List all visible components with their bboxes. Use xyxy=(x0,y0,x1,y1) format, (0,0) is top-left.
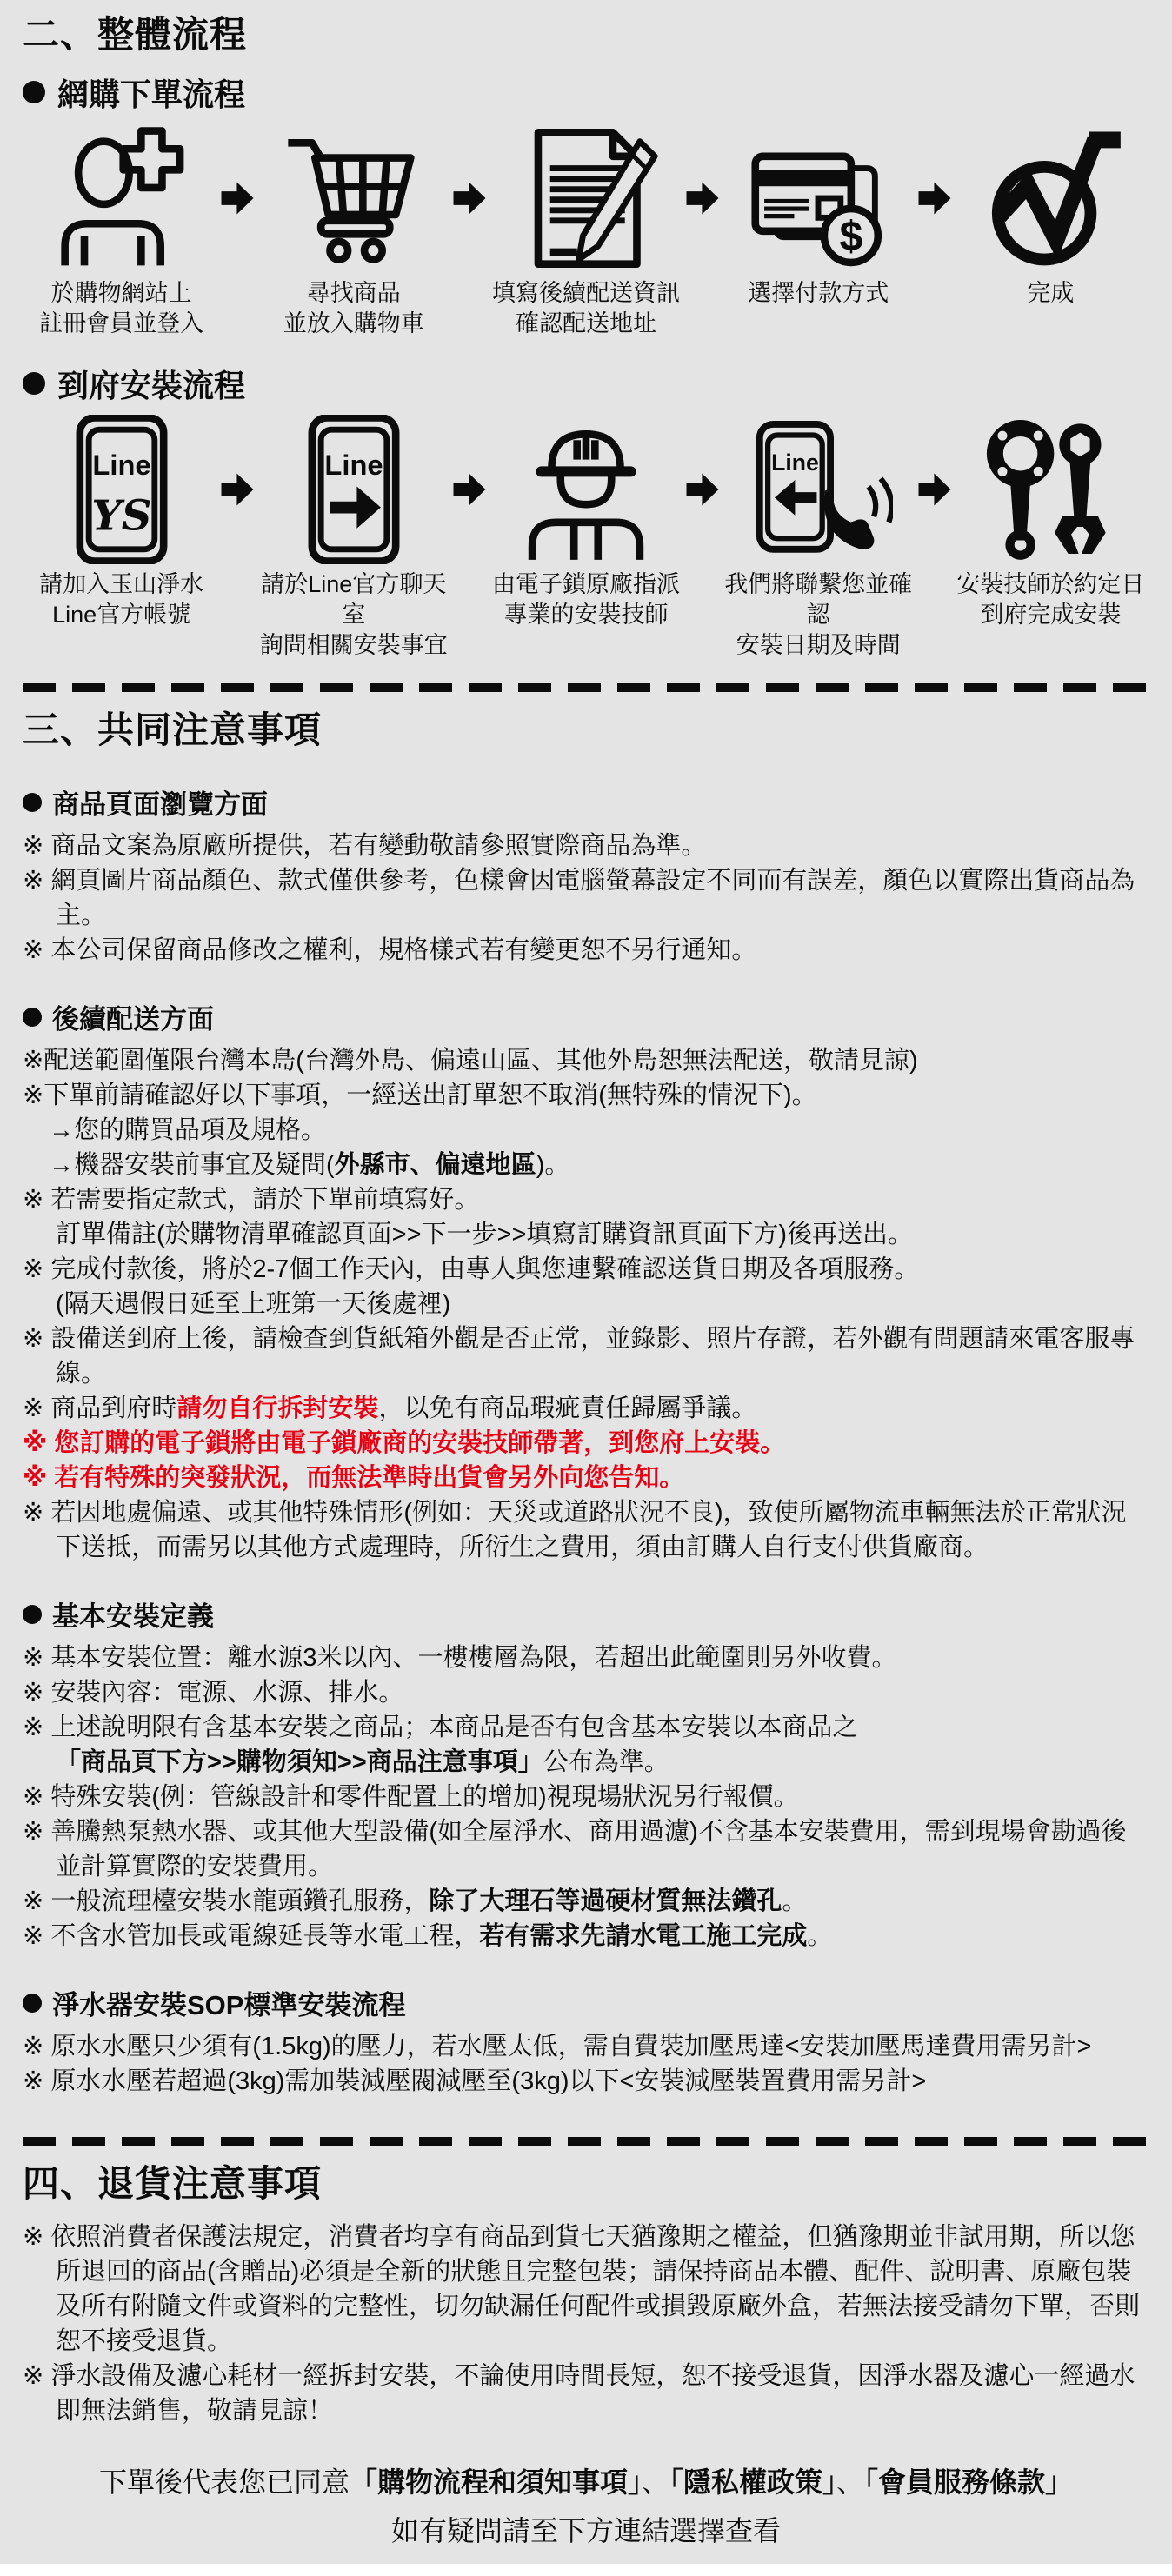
flow-step-label: 由電子鎖原廠指派專業的安裝技師 xyxy=(492,569,680,630)
notice-list: ※ 基本安裝位置：離水源3米以內、一樓樓層為限，若超出此範圍則另外收費。※ 安裝… xyxy=(23,1641,1149,1954)
text-segment: ※ 商品到府時 xyxy=(23,1395,176,1422)
text-segment: ※ 完成付款後，將於2-7個工作天內，由專人與您連繫確認送貨日期及各項服務。 xyxy=(23,1255,919,1283)
notice-line: ※ 淨水設備及濾心耗材一經拆封安裝，不論使用時間長短，恕不接受退貨，因淨水器及濾… xyxy=(23,2359,1149,2428)
text-segment: ※下單前請確認好以下事項，一經送出訂單恕不取消(無特殊的情況下)。 xyxy=(23,1082,817,1109)
notice-line: ※ 安裝內容：電源、水源、排水。 xyxy=(23,1675,1149,1710)
notice-line: ※ 上述說明限有含基本安裝之商品；本商品是否有包含基本安裝以本商品之 xyxy=(23,1710,1149,1745)
text-segment: ※配送範圍僅限台灣本島(台灣外島、偏遠山區、其他外島恕無法配送，敬請見諒) xyxy=(23,1047,918,1075)
text-segment: ※ 您訂購的電子鎖將由電子鎖廠商的安裝技師帶著，到您府上安裝。 xyxy=(23,1429,785,1457)
notice-line: ※ 不含水管加長或電線延長等水電工程，若有需求先請水電工施工完成。 xyxy=(23,1919,1149,1954)
notice-line: ※ 網頁圖片商品顏色、款式僅供參考，色樣會因電腦螢幕設定不同而有誤差，顏色以實際… xyxy=(23,863,1149,933)
text-segment: ※ 上述說明限有含基本安裝之商品；本商品是否有包含基本安裝以本商品之 xyxy=(23,1714,857,1741)
subsection-heading: 淨水器安裝SOP標準安裝流程 xyxy=(23,1983,1149,2022)
flow-step: 於購物網站上註冊會員並登入 xyxy=(23,123,220,339)
flow-step: 安裝技師於約定日到府完成安裝 xyxy=(952,415,1149,630)
notice-line: ※ 商品文案為原廠所提供，若有變動敬請參照實際商品為準。 xyxy=(23,829,1149,863)
flow-step-label: 請於Line官方聊天室詢問相關安裝事宜 xyxy=(255,569,452,661)
text-segment: 訂單備註(於購物清單確認頁面>>下一步>>填寫訂購資訊頁面下方)後再送出。 xyxy=(56,1221,913,1248)
shopping-cart-icon xyxy=(279,123,429,273)
technician-icon xyxy=(511,415,661,564)
text-segment: 下單後代表您已同意 xyxy=(99,2466,350,2498)
flow-step-label: 尋找商品並放入購物車 xyxy=(283,278,424,339)
text-segment: ※ 網頁圖片商品顏色、款式僅供參考，色樣會因電腦螢幕設定不同而有誤差，顏色以實際… xyxy=(23,867,1135,929)
flow-step: Line 請於Line官方聊天室詢問相關安裝事宜 xyxy=(255,415,452,661)
notice-line: 「商品頁下方>>購物須知>>商品注意事項」公布為準。 xyxy=(23,1745,1149,1780)
text-segment: 「商品頁下方>>購物須知>>商品注意事項」 xyxy=(56,1748,543,1776)
online-order-flow-heading: 網購下單流程 xyxy=(23,70,1149,115)
text-segment: ※ 設備送到府上後，請檢查到貨紙箱外觀是否正常，並錄影、照片存證，若外觀有問題請… xyxy=(23,1325,1135,1388)
text-segment: 除了大理石等過硬材質無法鑽孔 xyxy=(429,1887,782,1915)
line-logo-text: Line xyxy=(92,448,150,480)
notice-line: ※ 基本安裝位置：離水源3米以內、一樓樓層為限，若超出此範圍則另外收費。 xyxy=(23,1641,1149,1675)
text-segment: 「購物流程和須知事項」 xyxy=(350,2466,642,2498)
arrow-right-icon xyxy=(220,174,255,223)
flow-step: 完成 xyxy=(952,123,1149,309)
line-logo-text: Line xyxy=(324,448,383,480)
flow-step-label: 填寫後續配送資訊確認配送地址 xyxy=(492,278,680,339)
flow-step: Line YS 請加入玉山淨水Line官方帳號 xyxy=(23,415,220,630)
bullet-icon xyxy=(23,793,42,812)
text-segment: ※ 原水水壓若超過(3kg)需加裝減壓閥減壓至(3kg)以下<安裝減壓裝置費用需… xyxy=(23,2067,926,2095)
notice-line: ※ 若因地處偏遠、或其他特殊情形(例如：天災或道路狀況不良)，致使所屬物流車輛無… xyxy=(23,1495,1149,1565)
arrow-right-icon xyxy=(452,465,487,514)
notice-line: ※ 完成付款後，將於2-7個工作天內，由專人與您連繫確認送貨日期及各項服務。 xyxy=(23,1252,1149,1287)
notice-page: 二、整體流程 網購下單流程 於購物網站上註冊會員並登入 尋找商品並放入購物車 xyxy=(0,0,1172,2564)
subsection-heading-label: 商品頁面瀏覽方面 xyxy=(52,782,268,822)
home-install-flow-heading: 到府安裝流程 xyxy=(23,362,1149,406)
flow-heading-label: 到府安裝流程 xyxy=(57,362,245,406)
text-segment: 「隱私權政策」 xyxy=(669,2466,836,2498)
flow-step-label: 我們將聯繫您並確認安裝日期及時間 xyxy=(720,569,917,661)
line-call-icon: Line xyxy=(743,415,893,564)
subsection-heading-label: 淨水器安裝SOP標準安裝流程 xyxy=(52,1983,405,2022)
document-pencil-icon xyxy=(511,123,661,273)
ys-monogram-text: YS xyxy=(91,491,151,540)
arrow-right-icon xyxy=(685,174,720,223)
text-segment: 如有疑問請至下方連結選擇查看 xyxy=(391,2515,781,2546)
subsection-heading: 商品頁面瀏覽方面 xyxy=(23,782,1149,822)
flow-step-label: 完成 xyxy=(1027,278,1074,309)
notice-line: ※ 若需要指定款式，請於下單前填寫好。 xyxy=(23,1182,1149,1217)
notice-line: →機器安裝前事宜及疑問(外縣市、偏遠地區)。 xyxy=(23,1148,1149,1182)
notice-line: (隔天遇假日延至上班第一天後處裡) xyxy=(23,1287,1149,1321)
line-chat-icon: Line xyxy=(279,415,429,564)
return-notice-list: ※ 依照消費者保護法規定，消費者均享有商品到貨七天猶豫期之權益，但猶豫期並非試用… xyxy=(23,2220,1149,2428)
online-order-flow-block: 網購下單流程 於購物網站上註冊會員並登入 尋找商品並放入購物車 xyxy=(23,70,1149,339)
subsection-delivery: 後續配送方面 ※配送範圍僅限台灣本島(台灣外島、偏遠山區、其他外島恕無法配送，敬… xyxy=(23,997,1149,1565)
flow-step: $ 選擇付款方式 xyxy=(720,123,917,309)
notice-line: ※ 原水水壓只少須有(1.5kg)的壓力，若水壓太低，需自費裝加壓馬達<安裝加壓… xyxy=(23,2029,1149,2064)
arrow-right-icon xyxy=(917,465,952,514)
flow-step-label: 安裝技師於約定日到府完成安裝 xyxy=(956,569,1144,630)
subsection-basic-install: 基本安裝定義 ※ 基本安裝位置：離水源3米以內、一樓樓層為限，若超出此範圍則另外… xyxy=(23,1594,1149,1954)
check-complete-icon xyxy=(976,123,1125,273)
online-order-flow: 於購物網站上註冊會員並登入 尋找商品並放入購物車 xyxy=(23,123,1149,339)
dollar-glyph: $ xyxy=(840,213,863,260)
notice-line: 下單後代表您已同意「購物流程和須知事項」、「隱私權政策」、「會員服務條款」 xyxy=(23,2458,1149,2506)
text-segment: ※ 原水水壓只少須有(1.5kg)的壓力，若水壓太低，需自費裝加壓馬達<安裝加壓… xyxy=(23,2033,1092,2060)
flow-step-label: 請加入玉山淨水Line官方帳號 xyxy=(39,569,203,630)
notice-line: ※下單前請確認好以下事項，一經送出訂單恕不取消(無特殊的情況下)。 xyxy=(23,1078,1149,1113)
bullet-icon xyxy=(23,1605,42,1624)
text-segment: 、 xyxy=(642,2466,669,2498)
tools-icon xyxy=(976,415,1125,564)
register-user-icon xyxy=(47,123,196,273)
text-segment: 。 xyxy=(807,1922,832,1950)
text-segment: 「會員服務條款」 xyxy=(864,2466,1073,2498)
text-segment: ※ 淨水設備及濾心耗材一經拆封安裝，不論使用時間長短，恕不接受退貨，因淨水器及濾… xyxy=(23,2362,1135,2425)
home-install-flow: Line YS 請加入玉山淨水Line官方帳號 Line 請於Line官方聊天室… xyxy=(23,415,1149,661)
text-segment: ※ 依照消費者保護法規定，消費者均享有商品到貨七天猶豫期之權益，但猶豫期並非試用… xyxy=(23,2223,1140,2355)
flow-step-label: 於購物網站上註冊會員並登入 xyxy=(39,278,203,339)
text-segment: 、 xyxy=(836,2466,864,2498)
section4-title: 四、退貨注意事項 xyxy=(23,2161,1149,2207)
bullet-icon xyxy=(23,1008,42,1027)
section2-title: 二、整體流程 xyxy=(23,12,1149,58)
subsection-heading: 後續配送方面 xyxy=(23,997,1149,1036)
bottom-margin xyxy=(0,2564,1172,2576)
subsection-product-page: 商品頁面瀏覽方面 ※ 商品文案為原廠所提供，若有變動敬請參照實際商品為準。※ 網… xyxy=(23,782,1149,968)
notice-list: ※配送範圍僅限台灣本島(台灣外島、偏遠山區、其他外島恕無法配送，敬請見諒)※下單… xyxy=(23,1043,1149,1565)
text-segment: ※ 本公司保留商品修改之權利，規格樣式若有變更恕不另行通知。 xyxy=(23,936,756,964)
subsection-heading-label: 基本安裝定義 xyxy=(52,1594,214,1634)
arrow-right-icon xyxy=(220,465,255,514)
line-app-ys-icon: Line YS xyxy=(47,415,196,564)
notice-list: ※ 原水水壓只少須有(1.5kg)的壓力，若水壓太低，需自費裝加壓馬達<安裝加壓… xyxy=(23,2029,1149,2099)
text-segment: ※ 若需要指定款式，請於下單前填寫好。 xyxy=(23,1186,479,1214)
bullet-icon xyxy=(23,372,45,395)
text-segment: 請勿自行拆封安裝 xyxy=(176,1395,378,1422)
flow-step: 尋找商品並放入購物車 xyxy=(255,123,452,339)
text-segment: →機器安裝前事宜及疑問( xyxy=(49,1151,335,1179)
notice-line: ※ 設備送到府上後，請檢查到貨紙箱外觀是否正常，並錄影、照片存證，若外觀有問題請… xyxy=(23,1321,1149,1391)
notice-line: ※ 善騰熱泵熱水器、或其他大型設備(如全屋淨水、商用過濾)不含基本安裝費用，需到… xyxy=(23,1814,1149,1884)
text-segment: )。 xyxy=(536,1151,570,1179)
notice-list: ※ 商品文案為原廠所提供，若有變動敬請參照實際商品為準。※ 網頁圖片商品顏色、款… xyxy=(23,829,1149,968)
section3-title: 三、共同注意事項 xyxy=(23,708,1149,754)
line-logo-text: Line xyxy=(771,449,819,476)
arrow-right-icon xyxy=(685,465,720,514)
text-segment: ※ 不含水管加長或電線延長等水電工程， xyxy=(23,1922,479,1950)
notice-line: ※ 原水水壓若超過(3kg)需加裝減壓閥減壓至(3kg)以下<安裝減壓裝置費用需… xyxy=(23,2064,1149,2099)
notice-line: ※ 依照消費者保護法規定，消費者均享有商品到貨七天猶豫期之權益，但猶豫期並非試用… xyxy=(23,2220,1149,2359)
arrow-right-icon xyxy=(452,174,487,223)
flow-step: 填寫後續配送資訊確認配送地址 xyxy=(487,123,684,339)
text-segment: ※ 特殊安裝(例：管線設計和零件配置上的增加)視現場狀況另行報價。 xyxy=(23,1783,799,1811)
subsection-water-sop: 淨水器安裝SOP標準安裝流程 ※ 原水水壓只少須有(1.5kg)的壓力，若水壓太… xyxy=(23,1983,1149,2099)
notice-line: ※ 一般流理檯安裝水龍頭鑽孔服務，除了大理石等過硬材質無法鑽孔。 xyxy=(23,1884,1149,1919)
text-segment: ※ 一般流理檯安裝水龍頭鑽孔服務， xyxy=(23,1887,429,1915)
notice-line: 如有疑問請至下方連結選擇查看 xyxy=(23,2506,1149,2555)
notice-line: ※ 商品到府時請勿自行拆封安裝，以免有商品瑕疵責任歸屬爭議。 xyxy=(23,1391,1149,1426)
flow-step: Line 我們將聯繫您並確認安裝日期及時間 xyxy=(720,415,917,661)
text-segment: ※ 若有特殊的突發狀況，而無法準時出貨會另外向您告知。 xyxy=(23,1464,684,1492)
text-segment: 公布為準。 xyxy=(543,1748,669,1776)
bullet-icon xyxy=(23,81,45,103)
subsection-heading: 基本安裝定義 xyxy=(23,1594,1149,1634)
text-segment: ※ 安裝內容：電源、水源、排水。 xyxy=(23,1679,403,1707)
notice-line: 訂單備註(於購物清單確認頁面>>下一步>>填寫訂購資訊頁面下方)後再送出。 xyxy=(23,1217,1149,1252)
flow-step: 由電子鎖原廠指派專業的安裝技師 xyxy=(487,415,684,630)
arrow-right-icon xyxy=(917,174,952,223)
home-install-flow-block: 到府安裝流程 Line YS 請加入玉山淨水Line官方帳號 Line 請於Li… xyxy=(23,362,1149,661)
notice-line: ※ 本公司保留商品修改之權利，規格樣式若有變更恕不另行通知。 xyxy=(23,933,1149,968)
bullet-icon xyxy=(23,1994,42,2013)
text-segment: ※ 基本安裝位置：離水源3米以內、一樓樓層為限，若超出此範圍則另外收費。 xyxy=(23,1644,897,1672)
text-segment: →您的購買品項及規格。 xyxy=(49,1116,326,1144)
agreement-footer: 下單後代表您已同意「購物流程和須知事項」、「隱私權政策」、「會員服務條款」如有疑… xyxy=(23,2458,1149,2555)
text-segment: 。 xyxy=(782,1887,807,1915)
notice-line: →您的購買品項及規格。 xyxy=(23,1113,1149,1148)
dashed-divider xyxy=(23,683,1149,692)
subsection-heading-label: 後續配送方面 xyxy=(52,997,214,1036)
notice-line: ※ 您訂購的電子鎖將由電子鎖廠商的安裝技師帶著，到您府上安裝。 xyxy=(23,1426,1149,1461)
flow-heading-label: 網購下單流程 xyxy=(57,70,245,115)
notice-line: ※配送範圍僅限台灣本島(台灣外島、偏遠山區、其他外島恕無法配送，敬請見諒) xyxy=(23,1043,1149,1078)
text-segment: ※ 若因地處偏遠、或其他特殊情形(例如：天災或道路狀況不良)，致使所屬物流車輛無… xyxy=(23,1499,1127,1561)
text-segment: ，以免有商品瑕疵責任歸屬爭議。 xyxy=(378,1395,756,1422)
credit-card-icon: $ xyxy=(743,123,893,273)
text-segment: 若有需求先請水電工施工完成 xyxy=(479,1922,807,1950)
text-segment: ※ 善騰熱泵熱水器、或其他大型設備(如全屋淨水、商用過濾)不含基本安裝費用，需到… xyxy=(23,1818,1127,1880)
notice-line: ※ 特殊安裝(例：管線設計和零件配置上的增加)視現場狀況另行報價。 xyxy=(23,1780,1149,1814)
dashed-divider xyxy=(23,2137,1149,2146)
flow-step-label: 選擇付款方式 xyxy=(748,278,889,309)
text-segment: (隔天遇假日延至上班第一天後處裡) xyxy=(56,1290,450,1318)
text-segment: ※ 商品文案為原廠所提供，若有變動敬請參照實際商品為準。 xyxy=(23,832,706,860)
text-segment: 外縣市、偏遠地區 xyxy=(335,1151,536,1179)
notice-line: ※ 若有特殊的突發狀況，而無法準時出貨會另外向您告知。 xyxy=(23,1461,1149,1495)
